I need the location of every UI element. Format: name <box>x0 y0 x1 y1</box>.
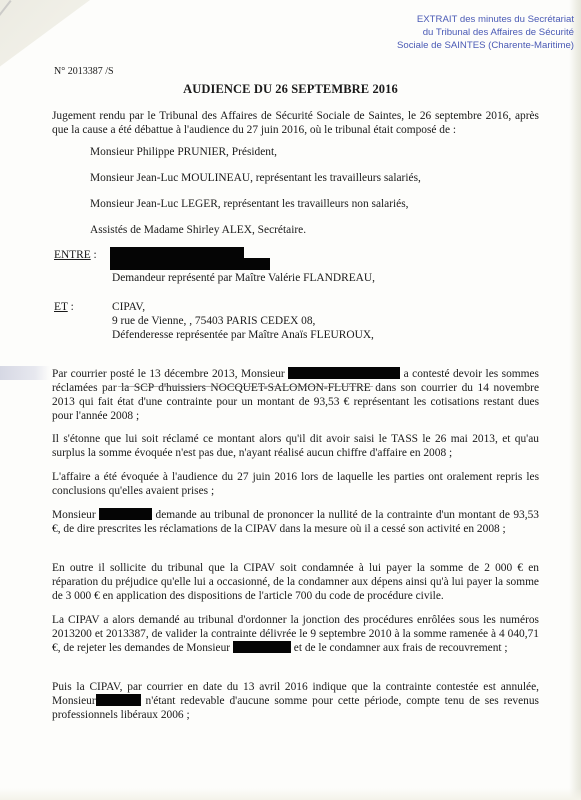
plaintiff-label-text: ENTRE <box>54 249 91 261</box>
stamp-line: EXTRAIT des minutes du Secrétariat <box>378 13 574 26</box>
page-bottom-shadow <box>0 788 581 800</box>
plaintiff-label: ENTRE : <box>54 248 97 262</box>
extract-stamp: EXTRAIT des minutes du Secrétariat du Tr… <box>378 13 574 52</box>
redacted-name <box>96 694 141 706</box>
tribunal-secretary: Assistés de Madame Shirley ALEX, Secréta… <box>90 223 306 237</box>
redacted-plaintiff-address <box>110 258 270 270</box>
redacted-name <box>99 508 152 520</box>
scan-artifact-line <box>118 386 373 387</box>
paragraph-hearing: L'affaire a été évoquée à l'audience du … <box>52 470 539 498</box>
paragraph-cipav-cancellation: Puis la CIPAV, par courrier en date du 1… <box>52 680 539 722</box>
folded-corner <box>0 0 90 70</box>
paragraph-surprise: Il s'étonne que lui soit réclamé ce mont… <box>52 432 539 460</box>
defendant-representation: Défenderesse représentée par Maître Anaï… <box>112 328 374 342</box>
tribunal-member-self-employed-rep: Monsieur Jean-Luc LEGER, représentant le… <box>90 197 409 211</box>
label-separator: : <box>91 249 97 261</box>
paragraph-contestation: Par courrier posté le 13 décembre 2013, … <box>52 367 539 423</box>
hearing-title: AUDIENCE DU 26 SEPTEMBRE 2016 <box>0 82 581 97</box>
paragraph-cipav-request: La CIPAV a alors demandé au tribunal d'o… <box>52 613 539 655</box>
intro-paragraph: Jugement rendu par le Tribunal des Affai… <box>52 109 539 137</box>
plaintiff-representation: Demandeur représenté par Maître Valérie … <box>112 271 375 285</box>
text: et de le condamner aux frais de recouvre… <box>291 642 508 654</box>
page-edge-shadow <box>569 0 581 800</box>
text: Par courrier posté le 13 décembre 2013, … <box>52 368 288 380</box>
defendant-label-text: ET <box>54 301 68 313</box>
paragraph-damages-request: En outre il sollicite du tribunal que la… <box>52 561 539 603</box>
document-page: EXTRAIT des minutes du Secrétariat du Tr… <box>0 0 581 800</box>
stamp-line: Sociale de SAINTES (Charente-Maritime) <box>378 39 574 52</box>
label-separator: : <box>68 301 74 313</box>
redacted-name <box>288 367 400 379</box>
scan-shadow <box>0 366 50 380</box>
case-number: N° 2013387 /S <box>54 66 114 77</box>
stamp-line: du Tribunal des Affaires de Sécurité <box>378 26 574 39</box>
tribunal-member-employees-rep: Monsieur Jean-Luc MOULINEAU, représentan… <box>90 171 421 185</box>
paragraph-plaintiff-request: Monsieur demande au tribunal de prononce… <box>52 508 539 536</box>
tribunal-member-president: Monsieur Philippe PRUNIER, Président, <box>90 145 277 159</box>
defendant-name: CIPAV, <box>112 300 145 314</box>
defendant-address: 9 rue de Vienne, , 75403 PARIS CEDEX 08, <box>112 314 315 328</box>
defendant-label: ET : <box>54 300 74 314</box>
redacted-name <box>233 641 291 653</box>
text: Monsieur <box>52 509 99 521</box>
